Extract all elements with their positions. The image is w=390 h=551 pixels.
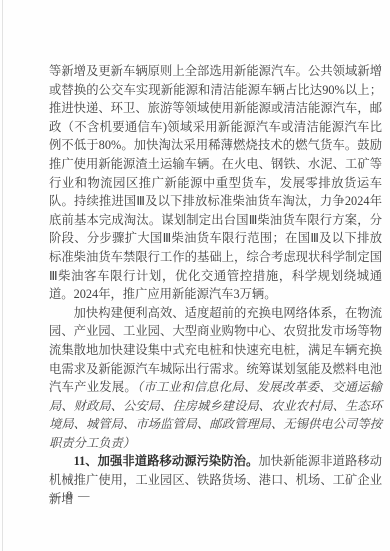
item-11-heading: 11、加强非道路移动源污染防治。 xyxy=(74,454,259,468)
paragraph-vehicle-renewal: 等新增及更新车辆原则上全部选用新能源汽车。公共领域新增或替换的公交车实现新能源和… xyxy=(49,62,382,304)
document-body: 等新增及更新车辆原则上全部选用新能源汽车。公共领域新增或替换的公交车实现新能源和… xyxy=(49,62,382,508)
paragraph-item-11: 11、加强非道路移动源污染防治。加快新能源非道路移动机械推广使用，工业园区、铁路… xyxy=(49,452,382,508)
document-page: 等新增及更新车辆原则上全部选用新能源汽车。公共领域新增或替换的公交车实现新能源和… xyxy=(0,0,390,551)
paragraph-charging-network: 加快构建便利高效、适度超前的充换电网络体系，在物流园、产业园、工业园、大型商业购… xyxy=(49,304,382,453)
page-edge-shadow xyxy=(2,0,3,551)
page-number: — 8 — xyxy=(49,490,91,502)
